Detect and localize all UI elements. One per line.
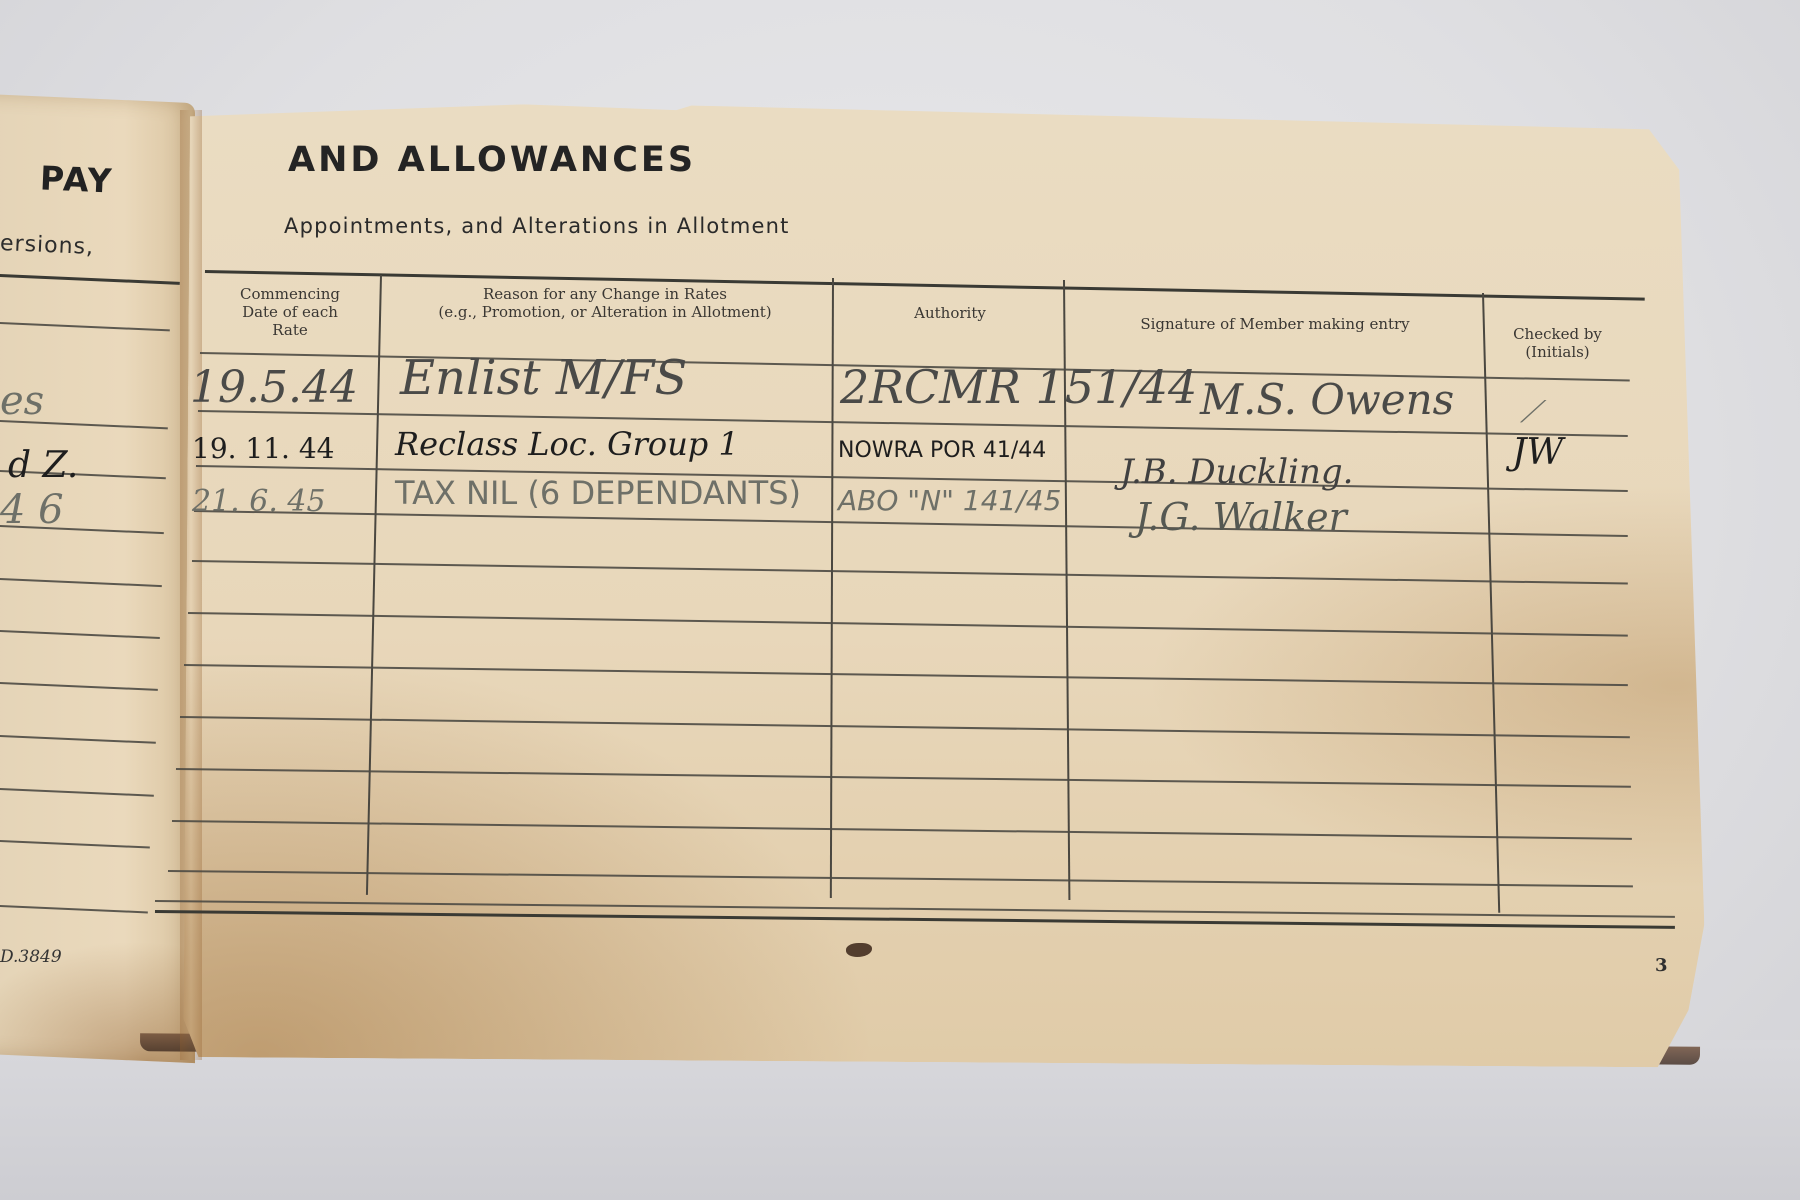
row1-date: 19.5.44 (190, 362, 358, 413)
header-line: Rate (215, 321, 365, 339)
row2-authority: NOWRA POR 41/44 (838, 438, 1046, 463)
row2-reason: Reclass Loc. Group 1 (395, 425, 739, 463)
col-header-reason: Reason for any Change in Rates (e.g., Pr… (380, 285, 830, 321)
col-header-authority: Authority (840, 304, 1060, 322)
right-page (183, 102, 1710, 1068)
row2-checked-initials: JW (1512, 432, 1563, 473)
row3-signature: J.G. Walker (1135, 495, 1347, 539)
header-line: Commencing (215, 285, 365, 303)
page-title: AND ALLOWANCES (288, 140, 696, 180)
row3-authority: ABO "N" 141/45 (838, 484, 1061, 517)
left-hand-fragment: d Z. (8, 445, 78, 486)
header-line: Reason for any Change in Rates (380, 285, 830, 303)
header-line: (Initials) (1490, 343, 1625, 361)
row2-date: 19. 11. 44 (192, 432, 335, 465)
header-line: Checked by (1490, 325, 1625, 343)
col-header-date: Commencing Date of each Rate (215, 285, 365, 339)
left-hand-fragment: es (0, 378, 44, 424)
col-header-checked: Checked by (Initials) (1490, 325, 1625, 361)
row3-date: 21. 6. 45 (192, 484, 326, 519)
page-subtitle: Appointments, and Alterations in Allotme… (284, 214, 790, 238)
page-number: 3 (1655, 955, 1668, 976)
header-line: (e.g., Promotion, or Alteration in Allot… (380, 303, 830, 321)
row2-signature: J.B. Duckling. (1120, 452, 1353, 492)
header-line: Date of each (215, 303, 365, 321)
left-page-subtitle: ersions, (0, 231, 95, 260)
row1-reason: Enlist M/FS (400, 350, 687, 406)
row1-authority: 2RCMR 151/44 (840, 360, 1197, 414)
header-line: Signature of Member making entry (1070, 315, 1480, 333)
header-line: Authority (840, 304, 1060, 322)
row1-signature: M.S. Owens (1200, 375, 1454, 424)
form-number: D.3849 (0, 947, 62, 967)
left-page-title: PAY (39, 158, 114, 200)
row3-reason: TAX NIL (6 DEPENDANTS) (395, 474, 801, 512)
col-header-signature: Signature of Member making entry (1070, 315, 1480, 333)
left-hand-fragment: 4 6 (0, 487, 64, 533)
book-spine (180, 110, 202, 1060)
row1-checked-mark: ⟋ (1520, 395, 1541, 430)
